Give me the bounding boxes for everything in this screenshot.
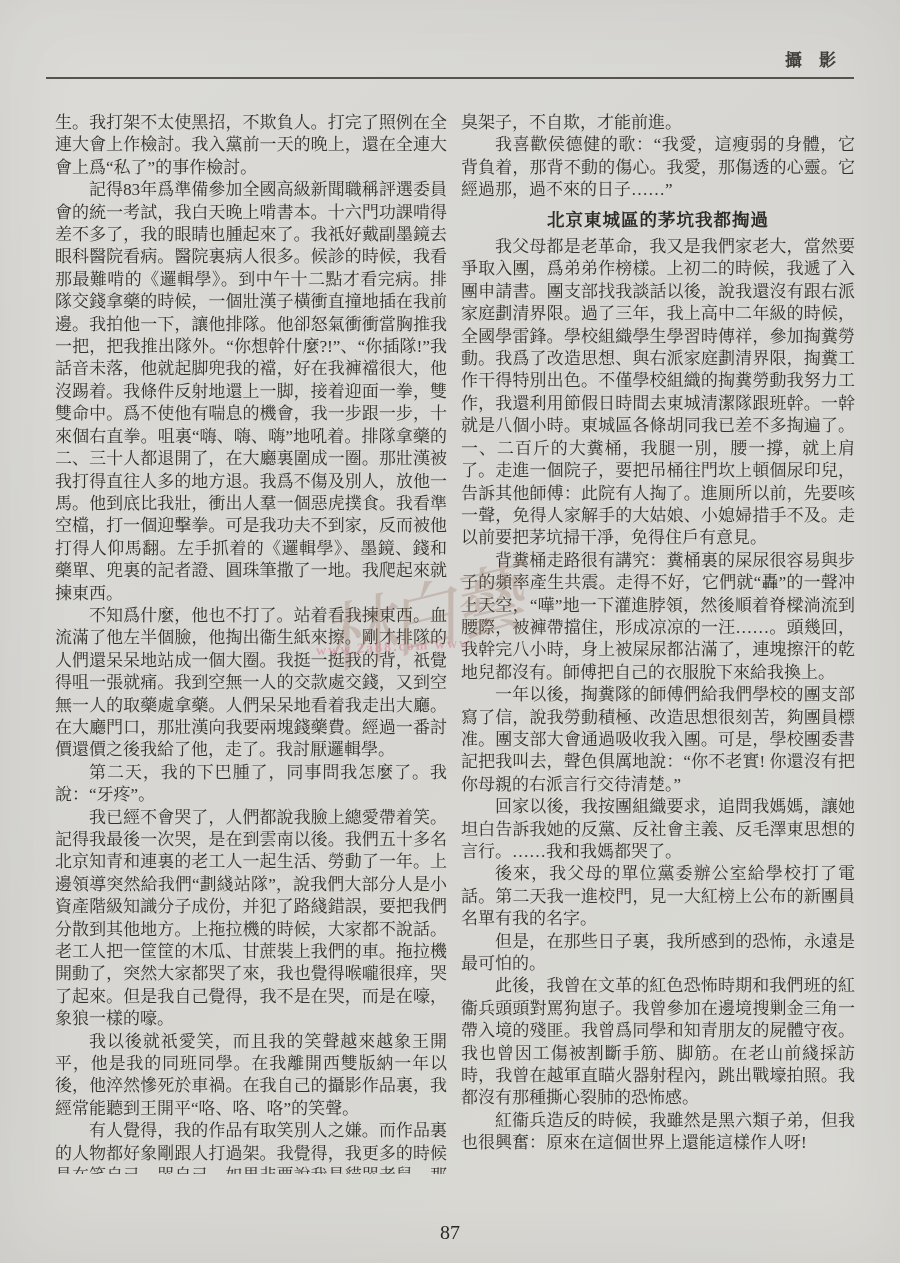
paragraph: 記得83年爲準備參加全國高級新聞職稱評選委員會的統一考試，我白天晚上啃書本。十六… — [55, 179, 447, 605]
right-column-main-paragraphs: 我父母都是老革命，我又是我們家老大，當然要爭取入團，爲弟弟作榜樣。上初二的時候，… — [461, 236, 855, 1155]
right-column-top-paragraphs: 臭架子，不自欺，才能前進。我喜歡侯德健的歌：“我愛，這瘦弱的身體，它背負着，那背… — [461, 112, 855, 202]
paragraph: 一年以後，掏糞隊的師傅們給我們學校的團支部寫了信，說我勞動積極、改造思想很刻苦，… — [461, 684, 855, 796]
right-text-column: 臭架子，不自欺，才能前進。我喜歡侯德健的歌：“我愛，這瘦弱的身體，它背負着，那背… — [461, 112, 855, 1190]
paragraph: 但是，在那些日子裏，我所感到的恐怖，永遠是最可怕的。 — [461, 931, 855, 976]
paragraph: 我喜歡侯德健的歌：“我愛，這瘦弱的身體，它背負着，那背不動的傷心。我愛，那傷透的… — [461, 134, 855, 201]
header-rule — [46, 77, 854, 79]
paragraph: 有人覺得，我的作品有取笑別人之嫌。而作品裏的人物都好象剛跟人打過架。我覺得，我更… — [55, 1120, 447, 1174]
paragraph: 生。我打架不太使黑招，不欺負人。打完了照例在全連大會上作檢討。我入黨前一天的晚上… — [55, 112, 447, 179]
paragraph: 臭架子，不自欺，才能前進。 — [461, 112, 855, 134]
scanned-book-page: 攝 影 生。我打架不太使黑招，不欺負人。打完了照例在全連大會上作檢討。我入黨前一… — [0, 0, 900, 1263]
page-number: 87 — [0, 1222, 900, 1245]
paragraph: 後來，我父母的單位黨委辦公室給學校打了電話。第二天我一進校門，見一大紅榜上公布的… — [461, 863, 855, 930]
paragraph: 第二天，我的下巴腫了，同事問我怎麼了。我說：“牙疼”。 — [55, 762, 447, 807]
paragraph: 不知爲什麼，他也不打了。站着看我揀東西。血流滿了他左半個臉，他掏出衞生紙來擦。剛… — [55, 605, 447, 762]
section-heading: 北京東城區的茅坑我都掏過 — [461, 209, 855, 231]
paragraph: 我父母都是老革命，我又是我們家老大，當然要爭取入團，爲弟弟作榜樣。上初二的時候，… — [461, 236, 855, 550]
left-text-column: 生。我打架不太使黑招，不欺負人。打完了照例在全連大會上作檢討。我入黨前一天的晚上… — [55, 112, 447, 1174]
paragraph: 此後，我曾在文革的紅色恐怖時期和我們班的紅衞兵頭頭對罵狗崽子。我曾參加在邊境搜剿… — [461, 975, 855, 1109]
paragraph: 我已經不會哭了，人們都說我臉上總愛帶着笑。記得我最後一次哭，是在到雲南以後。我們… — [55, 807, 447, 1031]
paragraph: 我以後就祇愛笑，而且我的笑聲越來越象王開平，他是我的同班同學。在我離開西雙版納一… — [55, 1031, 447, 1121]
paragraph: 背糞桶走路很有講究：糞桶裏的屎尿很容易與步子的頻率產生共震。走得不好，它們就“轟… — [461, 550, 855, 684]
paragraph: 回家以後，我按團組織要求，追問我媽媽，讓她坦白告訴我她的反黨、反社會主義、反毛澤… — [461, 796, 855, 863]
paragraph: 紅衞兵造反的時候，我雖然是黑六類子弟，但我也很興奮：原來在這個世界上還能這樣作人… — [461, 1110, 855, 1155]
running-header: 攝 影 — [785, 46, 836, 71]
